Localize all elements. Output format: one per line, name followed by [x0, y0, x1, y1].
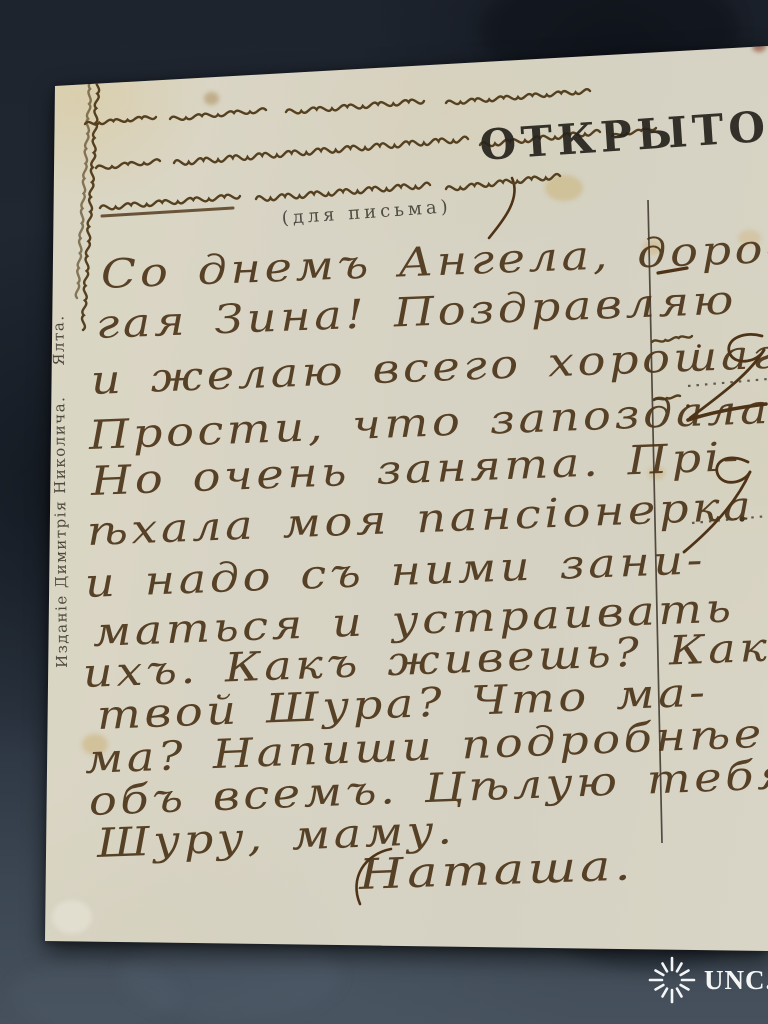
photo-of-postcard: { "postcard": { "header": { "title": "ОТ… — [0, 0, 768, 1024]
publisher-city: Ялта. — [49, 314, 68, 365]
foxing-stain — [412, 44, 446, 59]
scene: ОТКРЫТОЕ ПИ (для письма) Изданіе Димитрі… — [0, 0, 768, 1024]
unc-ua-watermark: UNC.UA — [645, 953, 768, 1007]
publisher-name: Изданіе Димитрія Николича. — [50, 396, 71, 668]
publisher-imprint: Изданіе Димитрія Николича.Ялта. — [50, 334, 71, 668]
letter-signature: Наташа. — [358, 840, 635, 899]
watermark-text: UNC.UA — [704, 965, 768, 996]
sunburst-icon — [645, 953, 699, 1007]
postcard: ОТКРЫТОЕ ПИ (для письма) Изданіе Димитрі… — [0, 0, 768, 1024]
postcard-wrap: ОТКРЫТОЕ ПИ (для письма) Изданіе Димитрі… — [0, 0, 768, 1024]
